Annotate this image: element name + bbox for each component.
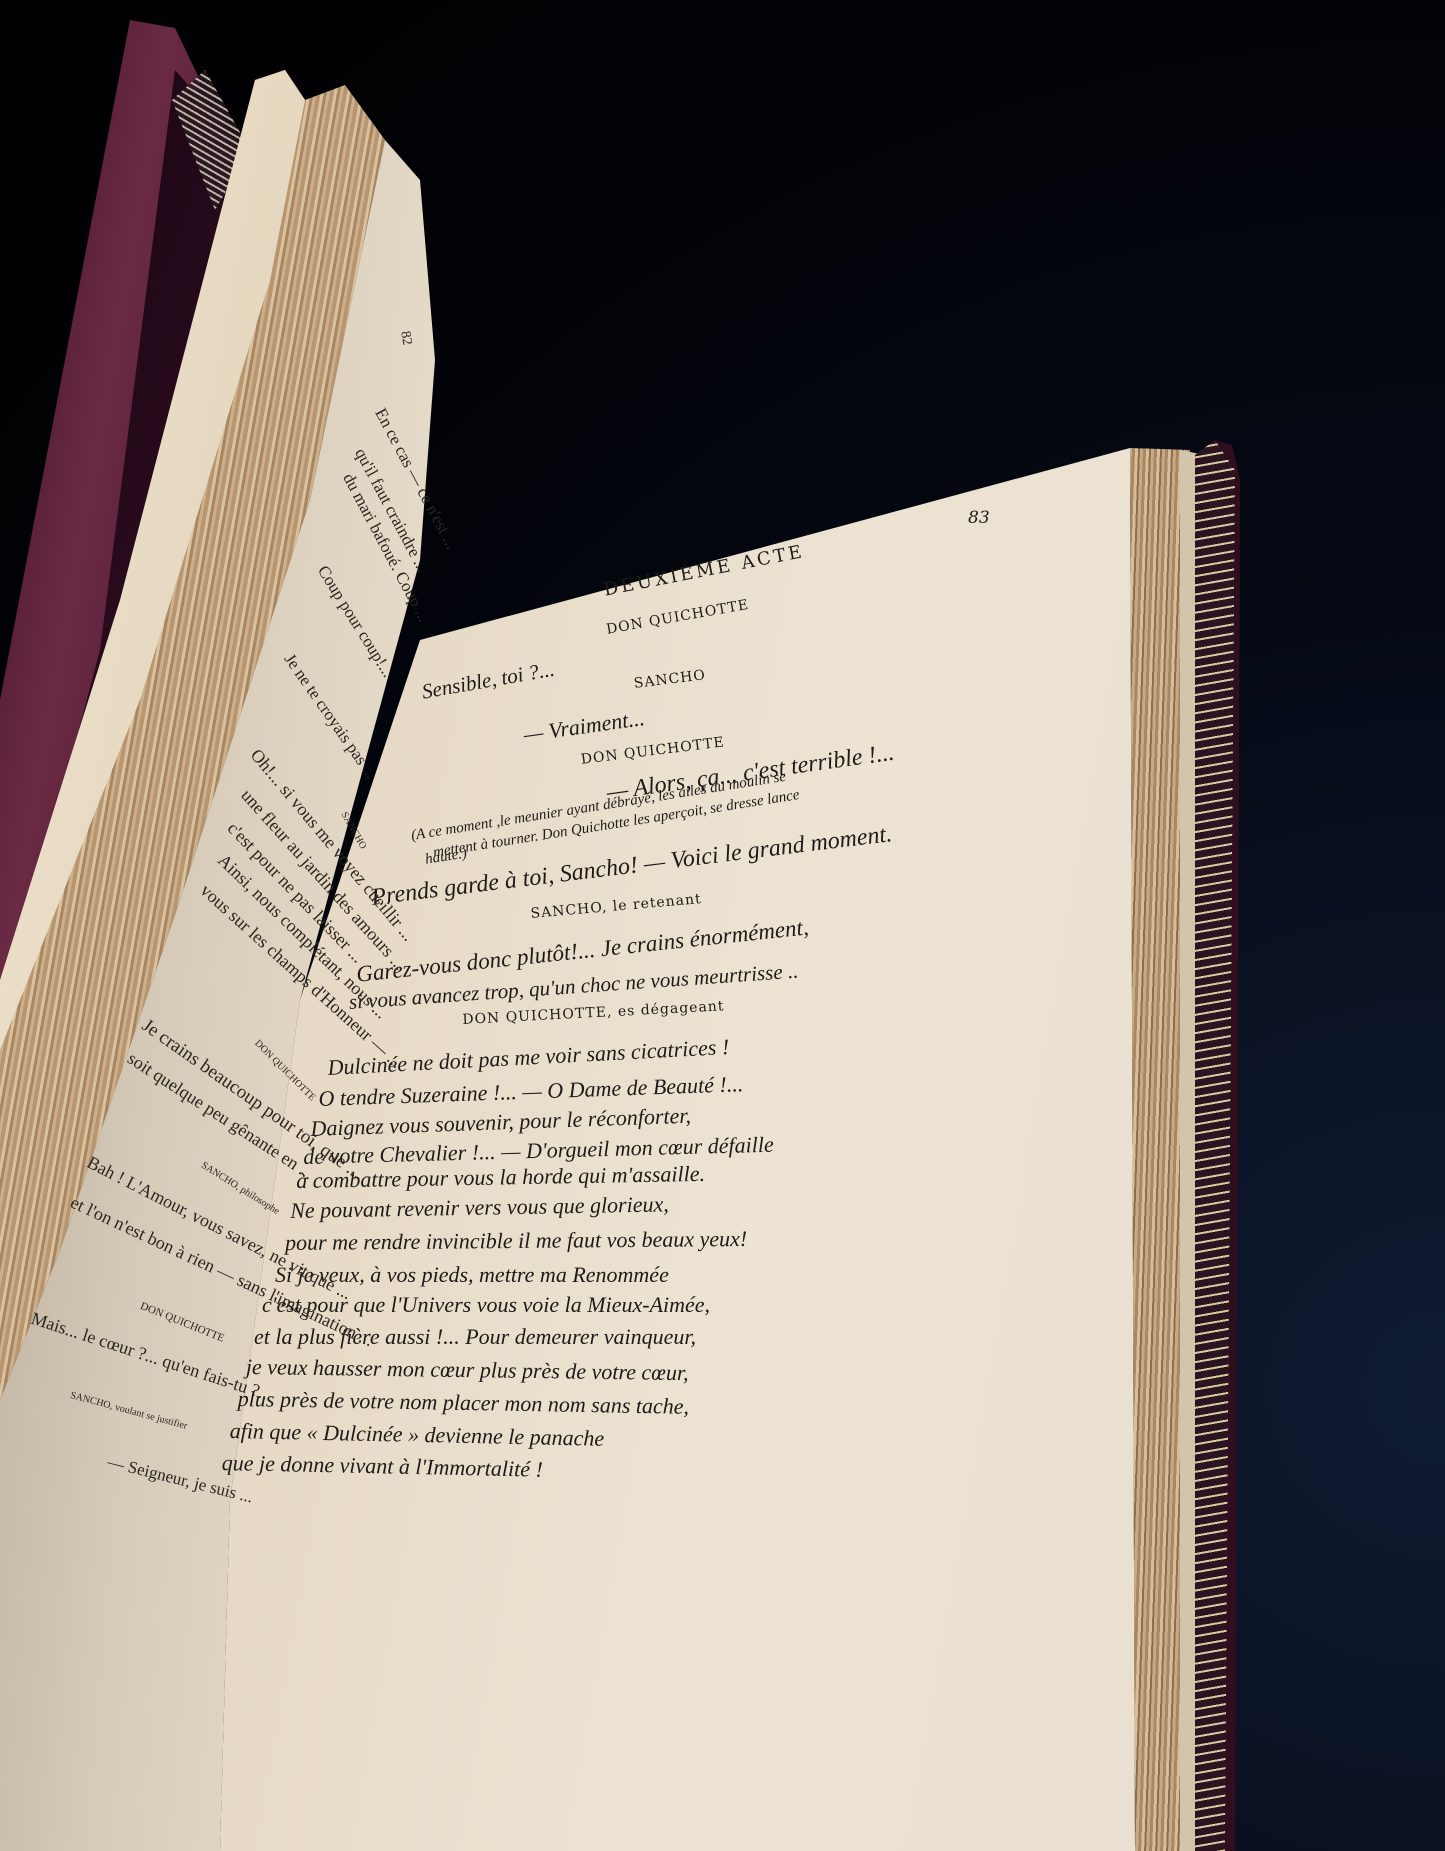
page-number: 83 xyxy=(968,508,990,528)
verse-line: pour me rendre invincible il me faut vos… xyxy=(285,1226,747,1256)
page-number: 82 xyxy=(396,330,414,347)
